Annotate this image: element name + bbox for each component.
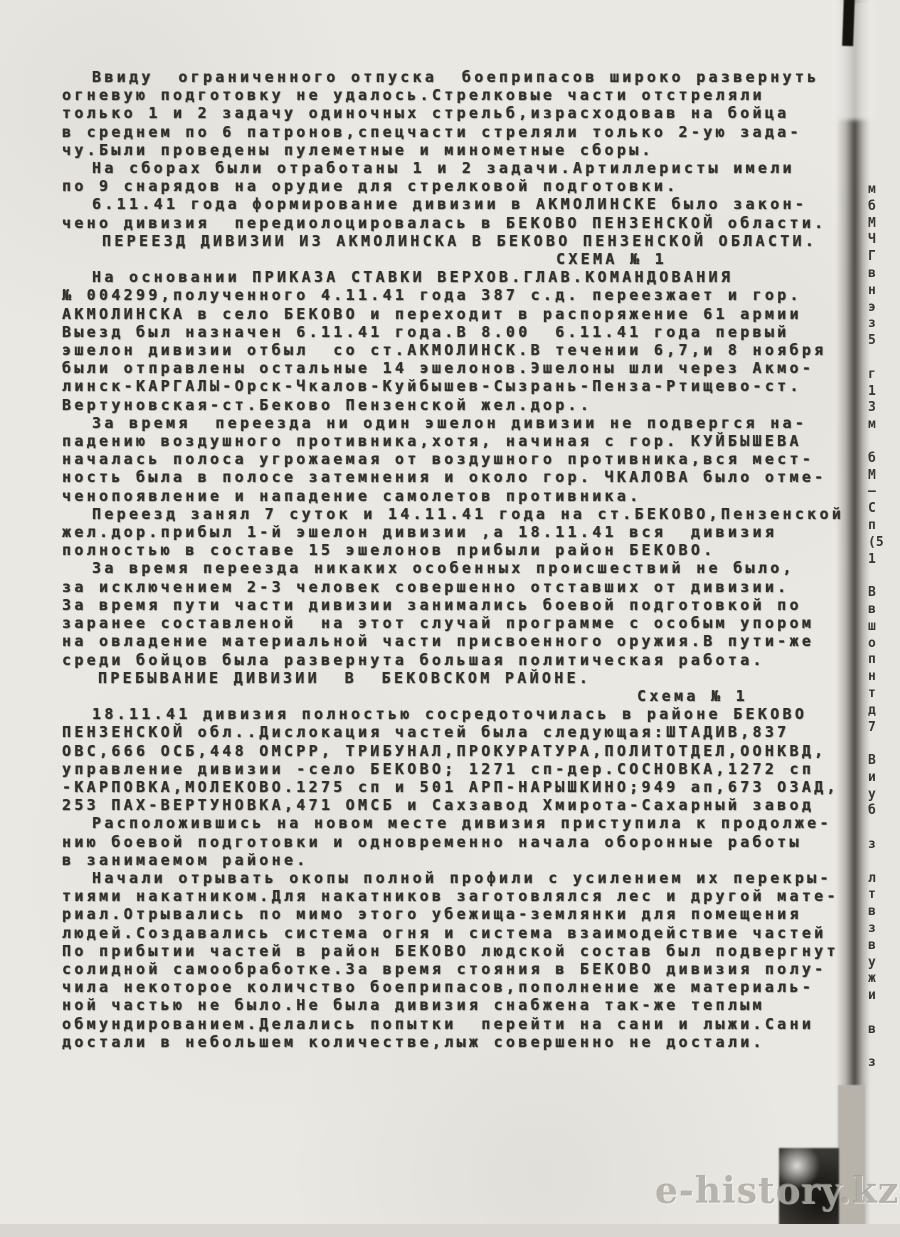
paragraph-dislocation: 18.11.41 дивизия полностью сосредоточила… bbox=[62, 705, 842, 814]
paragraph-artillery-tasks: На сборах были отработаны 1 и 2 задачи.А… bbox=[62, 159, 842, 195]
paragraph-order-004299: На основании ПРИКАЗА СТАВКИ ВЕРХОВ.ГЛАВ.… bbox=[62, 268, 842, 414]
typed-document-page: Ввиду ограниченного отпуска боеприпасов … bbox=[62, 68, 842, 1051]
heading-schema-number: СХЕМА № 1 bbox=[62, 250, 842, 268]
paragraph-air-threat: За время переезда ни один эшелон дивизии… bbox=[62, 414, 842, 505]
binding-fold-shadow bbox=[836, 0, 870, 1237]
heading-relocation: ПЕРЕЕЗД ДИВИЗИИ ИЗ АКМОЛИНСКА В БЕКОВО П… bbox=[62, 232, 842, 250]
paragraph-defense-works: Расположившись на новом месте дивизия пр… bbox=[62, 814, 842, 869]
binding-bottom-strip bbox=[838, 1085, 865, 1237]
paragraph-fire-training: Ввиду ограниченного отпуска боеприпасов … bbox=[62, 68, 842, 159]
scan-bottom-edge bbox=[0, 1224, 900, 1237]
paragraph-journey-duration: Переезд занял 7 суток и 14.11.41 года на… bbox=[62, 505, 842, 560]
heading-stay-in-bekovo: ПРЕБЫВАНИЕ ДИВИЗИИ В БЕКОВСКОМ РАЙОНЕ. bbox=[62, 669, 842, 687]
heading-schema-number-2: Схема № 1 bbox=[62, 687, 842, 705]
binding-top-mark bbox=[842, 0, 855, 46]
paragraph-journey-incidents: За время переезда никаких особенных прои… bbox=[62, 559, 842, 668]
adjacent-page-text-fragments: м б М Ч Г в н э з 5 г 1 З м б М — С п (5… bbox=[868, 182, 898, 1072]
watermark-text: e-history.kz bbox=[655, 1170, 899, 1212]
paragraph-trenches-supplies: Начали отрывать окопы полной профили с у… bbox=[62, 869, 842, 1051]
paragraph-formation-finished: 6.11.41 года формирование дивизии в АКМО… bbox=[62, 195, 842, 231]
